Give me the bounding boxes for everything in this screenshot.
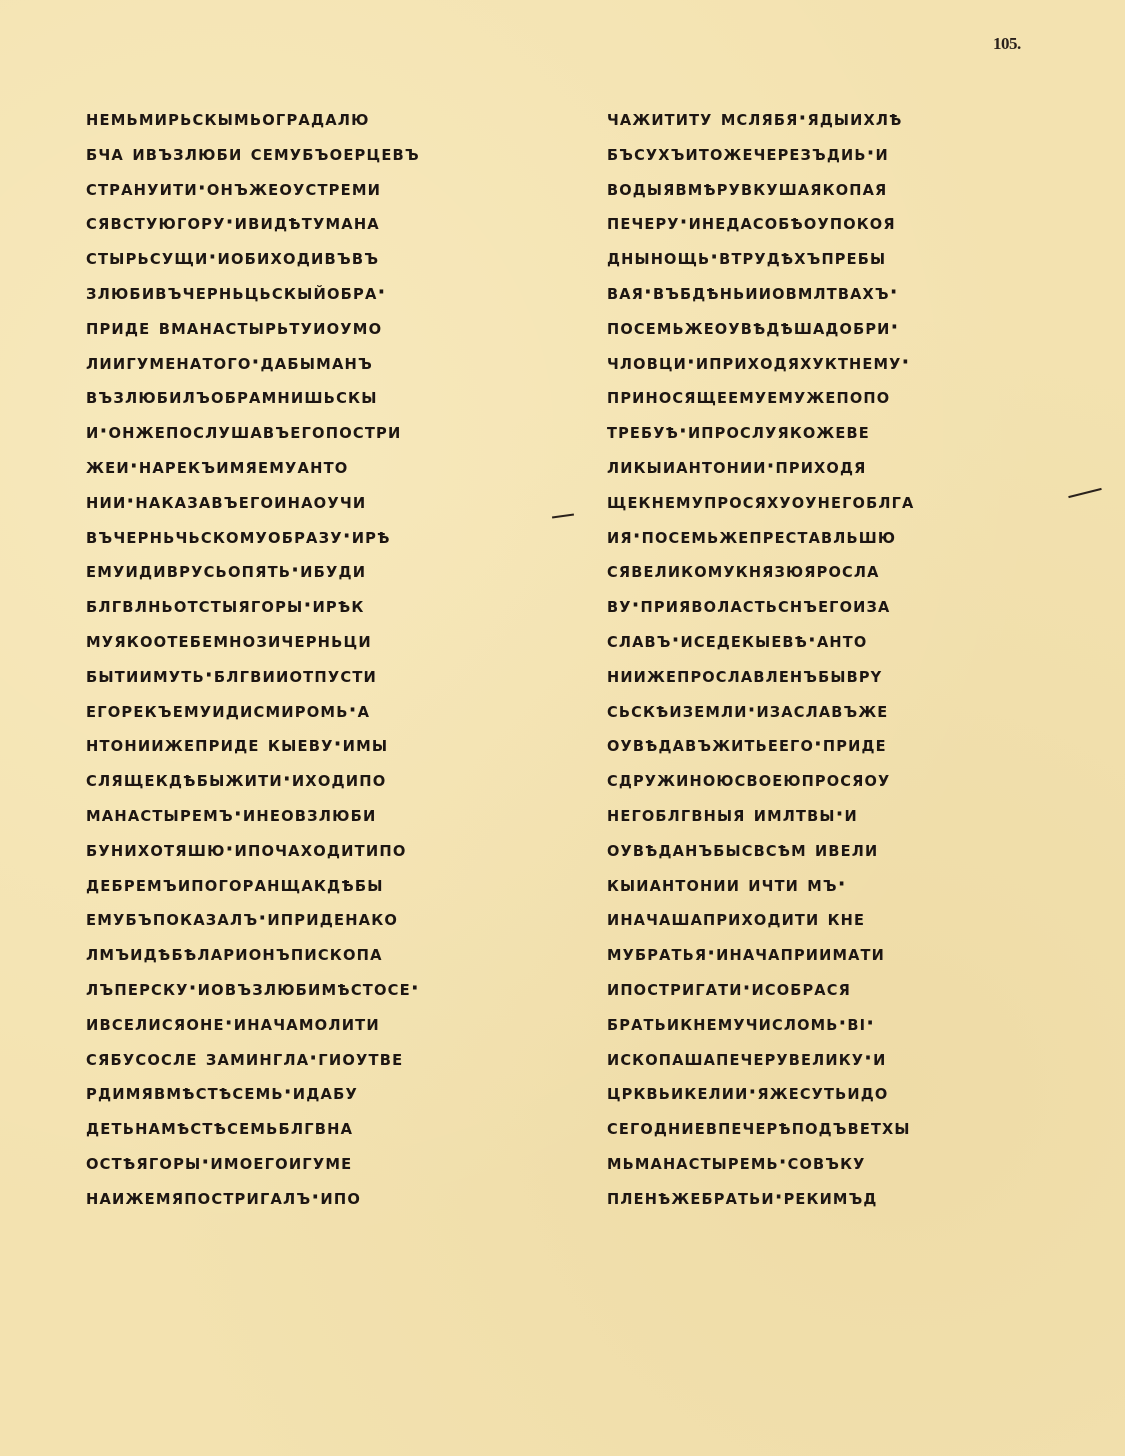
text-line: слящекдѣбыжити·иходипо — [86, 762, 547, 797]
text-line: днынощь·втрудѣхъпребы — [607, 240, 1082, 275]
text-line: ипостригати·исобрася — [607, 971, 1082, 1006]
text-line: емубъпоказалъ·иприденако — [86, 901, 547, 936]
text-line: ископашапечерувелику·и — [607, 1041, 1082, 1076]
text-line: бунихотяшю·ипочаходитипо — [86, 832, 547, 867]
text-line: ликыиантонии·приходя — [607, 449, 1082, 484]
text-line: пленѣжебратьи·рекимъд — [607, 1180, 1082, 1215]
text-line: рдимявмѣстѣсемь·идабу — [86, 1075, 547, 1110]
text-line: иначашаприходити кне — [607, 901, 1082, 936]
text-line: ву·прияволастьснъегоиза — [607, 588, 1082, 623]
text-line: муякоотебемнозичерньци — [86, 623, 547, 658]
text-line: бытиимуть·блгвииотпусти — [86, 658, 547, 693]
text-line: щекнемупросяхуоунегоблга — [607, 484, 1082, 519]
text-line: ниижепрославленъбыврy — [607, 658, 1082, 693]
text-line: сегодниевпечерѣподъветхы — [607, 1110, 1082, 1145]
left-text-column: немьмирьскымьоградалюбча ивъзлюби семубъ… — [86, 101, 556, 1215]
text-line: възлюбилъобрамнишьскы — [86, 379, 547, 414]
text-line: стырьсущи·иобиходивъвъ — [86, 240, 547, 275]
text-line: жеи·нарекъимяемуанто — [86, 449, 547, 484]
text-line: cьскѣиземли·изаславъже — [607, 693, 1082, 728]
text-line: детьнамѣстѣсемьблгвна — [86, 1110, 547, 1145]
text-line: ия·посемьжепреставльшю — [607, 519, 1082, 554]
text-line: мьманастыремь·совъку — [607, 1145, 1082, 1180]
text-line: егорекъемуидисмиромь·а — [86, 693, 547, 728]
text-line: немьмирьскымьоградалю — [86, 101, 547, 136]
text-line: емуидиврусьопять·ибуди — [86, 553, 547, 588]
text-line: манастыремъ·инеовзлюби — [86, 797, 547, 832]
text-line: приносящеемуемужепопо — [607, 379, 1082, 414]
text-line: и·онжепослушавъегопостри — [86, 414, 547, 449]
text-line: кыиантонии ичти мъ· — [607, 867, 1082, 902]
text-line: нтониижеприде кыеву·имы — [86, 727, 547, 762]
text-line: оувѣданъбысвсѣм ивели — [607, 832, 1082, 867]
text-line: негоблгвныя имлтвы·и — [607, 797, 1082, 832]
text-line: странуити·онъжеоустреми — [86, 171, 547, 206]
text-line: бча ивъзлюби семубъоерцевъ — [86, 136, 547, 171]
text-line: сявеликомукнязюярослa — [607, 553, 1082, 588]
right-text-column: чажититу мслябя·ядыихлѣбъсухъитожечерезъ… — [607, 101, 1097, 1215]
text-line: бъсухъитожечерезъдиь·и — [607, 136, 1082, 171]
text-line: вая·въбдѣньииовмлтвахъ· — [607, 275, 1082, 310]
text-line: лмъидѣбѣларионъпископа — [86, 936, 547, 971]
text-line: злюбивъчерньцьскыйобра· — [86, 275, 547, 310]
text-line: наижемяпостригалъ·ипо — [86, 1180, 547, 1215]
text-line: водыявмѣрувкушаякопая — [607, 171, 1082, 206]
text-line: оувѣдавъжитьеего·приде — [607, 727, 1082, 762]
text-line: сябусосле замингла·гиоутве — [86, 1041, 547, 1076]
text-line: печеру·инедасобѣоупокоя — [607, 205, 1082, 240]
text-line: чажититу мслябя·ядыихлѣ — [607, 101, 1082, 136]
text-line: сявстуюгору·ивидѣтумана — [86, 205, 547, 240]
text-line: лъперcку·иовъзлюбимѣстосе· — [86, 971, 547, 1006]
text-line: сдружиноюсвоеюпросяоу — [607, 762, 1082, 797]
text-line: црквьикелии·яжесутьидо — [607, 1075, 1082, 1110]
text-line: посемьжеоувѣдѣшадобри· — [607, 310, 1082, 345]
text-line: братьикнемучисломь·ві· — [607, 1006, 1082, 1041]
text-line: приде вманастырьтуиоумо — [86, 310, 547, 345]
text-line: требуѣ·ипрослуякожеве — [607, 414, 1082, 449]
text-line: нии·наказавъегоинаоучи — [86, 484, 547, 519]
text-line: чловци·иприходяхуктнему· — [607, 345, 1082, 380]
page-number: 105. — [993, 34, 1021, 54]
text-line: дебремъипогоранщакдѣбы — [86, 867, 547, 902]
text-line: остѣягоры·имоегоигуме — [86, 1145, 547, 1180]
text-line: ивселисяоне·иначамолити — [86, 1006, 547, 1041]
text-line: славъ·иседекыевѣ·анто — [607, 623, 1082, 658]
text-line: мубратья·иначаприимати — [607, 936, 1082, 971]
text-line: блгвлньотстыягоры·ирѣк — [86, 588, 547, 623]
text-line: въчерньчьскомуобразу·ирѣ — [86, 519, 547, 554]
text-line: лиигуменатого·дабыманъ — [86, 345, 547, 380]
